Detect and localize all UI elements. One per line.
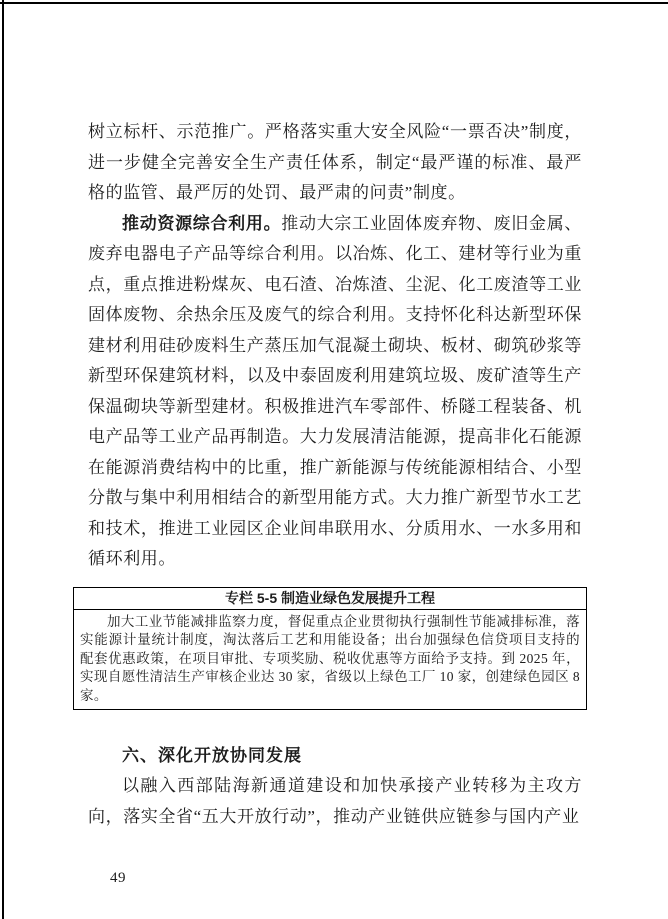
page-border-top <box>0 2 668 4</box>
section-heading-six: 六、深化开放协同发展 <box>88 741 582 771</box>
column-box-title: 专栏 5-5 制造业绿色发展提升工程 <box>74 588 586 610</box>
document-page: { "page": { "number": "49" }, "body": { … <box>0 0 668 919</box>
page-number: 49 <box>110 870 126 887</box>
paragraph-resource-utilization-text: 推动大宗工业固体废弃物、废旧金属、废弃电器电子产品等综合利用。以冶炼、化工、建材… <box>88 214 582 569</box>
page-content: 树立标杆、示范推广。严格落实重大安全风险“一票否决”制度，进一步健全完善安全生产… <box>88 117 582 832</box>
paragraph-safety-continuation: 树立标杆、示范推广。严格落实重大安全风险“一票否决”制度，进一步健全完善安全生产… <box>88 117 582 209</box>
paragraph-open-development: 以融入西部陆海新通道建设和加快承接产业转移为主攻方向，落实全省“五大开放行动”，… <box>88 771 582 832</box>
paragraph-lead-bold: 推动资源综合利用。 <box>122 214 281 233</box>
column-box-body: 加大工业节能减排监察力度，督促重点企业贯彻执行强制性节能减排标准，落实能源计量统… <box>74 610 586 710</box>
column-box-5-5: 专栏 5-5 制造业绿色发展提升工程 加大工业节能减排监察力度，督促重点企业贯彻… <box>73 587 587 711</box>
page-border-left <box>2 0 4 919</box>
paragraph-resource-utilization: 推动资源综合利用。推动大宗工业固体废弃物、废旧金属、废弃电器电子产品等综合利用。… <box>88 209 582 575</box>
